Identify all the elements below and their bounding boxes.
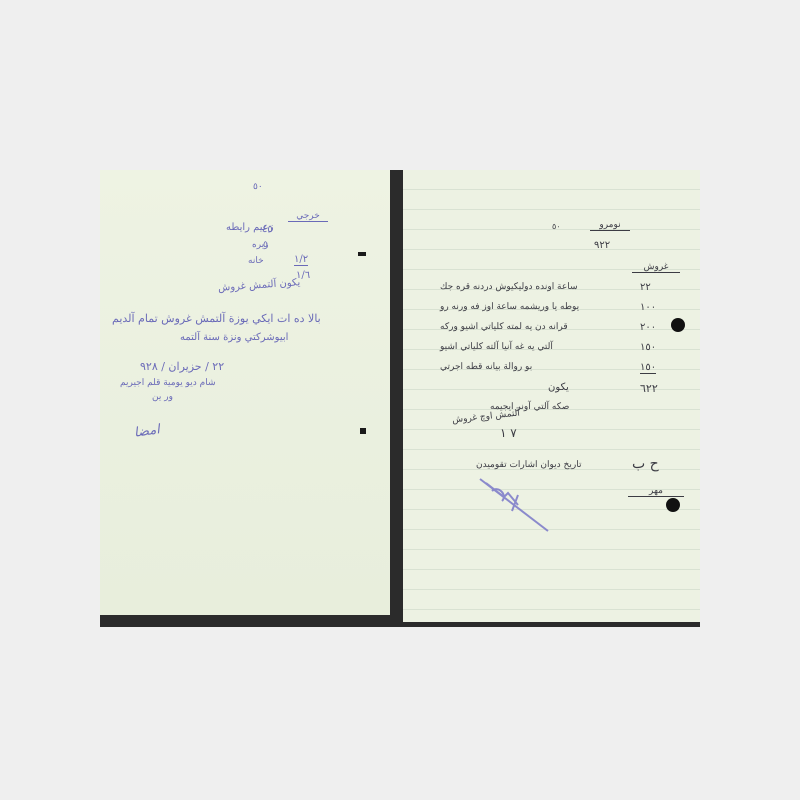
right-side-initials: ح ب [632, 456, 659, 472]
punch-hole [666, 498, 680, 512]
right-column-heading: غروش [632, 262, 680, 273]
entry-amount: ١٠٠ [640, 302, 656, 313]
left-body-line-1: بالا ده ات ايكي يوزة آلتمش غروش تمام آلد… [112, 312, 321, 325]
left-item-label: خانه [248, 256, 264, 266]
right-top-mark: ٥٠ [552, 222, 561, 231]
left-edge-tick [358, 252, 366, 256]
left-place-line-2: ور ين [152, 392, 173, 402]
right-note-numbers: ٧ ١ [500, 426, 517, 440]
right-header-number: ٩٢٢ [594, 240, 610, 251]
right-footer-line: تاريخ ديوان اشارات تقوميدن [476, 460, 581, 470]
right-side-signature: مهر [628, 486, 684, 497]
left-heading: خرجي [288, 211, 328, 222]
entry-description: ساعة اونده دوليكيوش دردنه قره جك [440, 282, 578, 292]
right-total-label: يكون [548, 382, 569, 393]
left-place-line-1: شام ديو يومية قلم اجيريم [120, 378, 216, 388]
left-page [100, 170, 390, 615]
left-top-mark: ٥٠ [253, 182, 263, 192]
entry-amount: ١٥٠ [640, 342, 656, 353]
entry-description: يوطه يا وريشمه ساعة اوز فه ورنه رو [440, 302, 579, 312]
left-body-line-2: ابيوشركتي ونزة سنة آلتمه [180, 332, 288, 343]
left-item-value: ١/٢ [294, 254, 308, 266]
right-total: ٦٢٢ [640, 382, 658, 395]
left-item-value: ٥ [263, 240, 268, 250]
entry-description: بو روالة بيانه قطه اجرتي [440, 362, 532, 372]
left-item-value: ٤٥ [262, 224, 273, 235]
stamp-mark [478, 475, 558, 535]
punch-hole [671, 318, 685, 332]
right-page [403, 170, 700, 622]
entry-amount: ٢٠٠ [640, 322, 656, 333]
entry-amount: ٢٢ [640, 282, 651, 293]
entry-amount: ١٥٠ [640, 362, 656, 374]
left-edge-tick [360, 428, 366, 434]
entry-description: آلتي يه غه آنيا آلته كلياتي اشيو [440, 342, 553, 352]
entry-description: قرانه دن يه لمته كلياتي اشيو وركه [440, 322, 568, 332]
left-date: ٢٢ / حزيران / ٩٢٨ [140, 360, 224, 373]
right-header-title: نومرو [590, 220, 630, 231]
